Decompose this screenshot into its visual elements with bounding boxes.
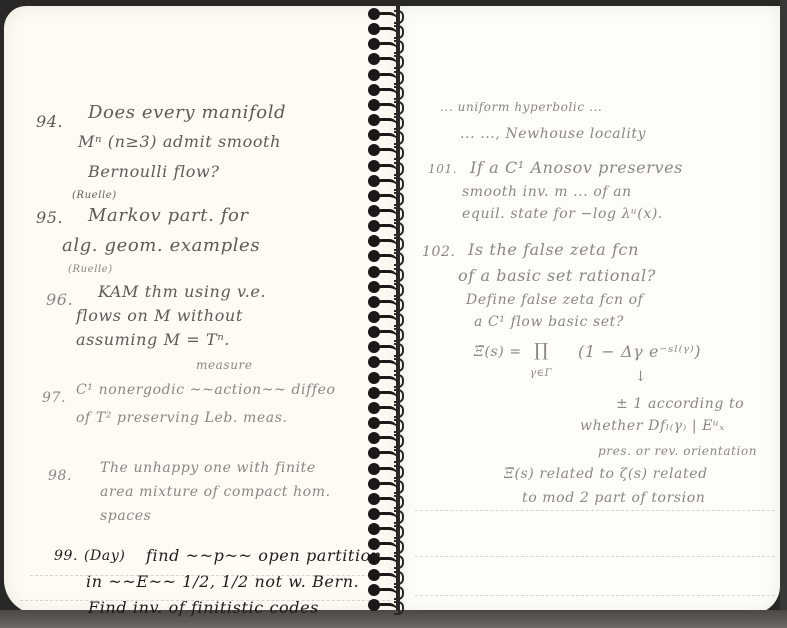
problem-line: equil. state for −log λᵘ(x). — [462, 206, 663, 222]
problem-line: Mⁿ (n≥3) admit smooth — [78, 132, 281, 151]
spiral-coil — [368, 309, 408, 325]
problem-line: Does every manifold — [88, 102, 286, 123]
problem-line: in ~~E~~ 1/2, 1/2 not w. Bern. — [86, 572, 359, 591]
problem-number: 97. — [42, 390, 66, 406]
problem-number: 94. — [36, 112, 63, 131]
formula-product-subscript: γ∈Γ — [530, 368, 552, 379]
spiral-coil — [368, 173, 408, 189]
formula-body: (1 − Δγ e⁻ˢˡ⁽ᵞ⁾) — [578, 342, 701, 361]
spiral-coil — [368, 536, 408, 552]
spiral-coil — [368, 400, 408, 416]
spiral-coil — [368, 67, 408, 83]
spiral-coil — [368, 430, 408, 446]
problem-line: of T² preserving Leb. meas. — [76, 410, 288, 426]
spiral-coil — [368, 233, 408, 249]
spiral-coil — [368, 51, 408, 67]
page-fragment: ... uniform hyperbolic ... — [440, 100, 602, 114]
ruled-line — [415, 595, 775, 596]
problem-number: 98. — [48, 468, 72, 484]
problem-number: 101. — [428, 162, 457, 176]
spiral-coil — [368, 370, 408, 386]
spiral-coil — [368, 188, 408, 204]
right-notebook-page — [400, 6, 780, 614]
ruled-line — [415, 556, 775, 557]
arrow-down-icon: → — [632, 370, 648, 382]
problem-number: 99. — [54, 548, 78, 564]
problem-line: assuming M = Tⁿ. — [76, 330, 230, 349]
spiral-coil — [368, 82, 408, 98]
spiral-coil — [368, 203, 408, 219]
problem-line: find ~~p~~ open partition — [146, 546, 382, 565]
spiral-coil — [368, 21, 408, 37]
problem-line: If a C¹ Anosov preserves — [470, 158, 683, 177]
spiral-coil — [368, 582, 408, 598]
page-fragment: ... ..., Newhouse locality — [460, 126, 646, 142]
formula-note: pres. or rev. orientation — [598, 444, 757, 458]
spiral-coil — [368, 551, 408, 567]
spiral-coil — [368, 461, 408, 477]
problem-credit: (Day) — [84, 548, 125, 564]
spiral-coil — [368, 491, 408, 507]
problem-number: 95. — [36, 208, 63, 227]
spiral-coil — [368, 385, 408, 401]
insertion-note: measure — [196, 358, 253, 372]
formula-note: Ξ̃(s) related to ζ(s) related — [504, 466, 708, 482]
problem-line: alg. geom. examples — [62, 235, 260, 256]
spiral-coil — [368, 97, 408, 113]
formula-note: whether Dfₗ₍γ₎ | Eᵘₓ — [580, 418, 725, 434]
spiral-coil — [368, 127, 408, 143]
spiral-coil — [368, 294, 408, 310]
coil-hook — [394, 601, 404, 615]
spiral-coil — [368, 6, 408, 22]
spiral-coil — [368, 324, 408, 340]
spiral-coil — [368, 279, 408, 295]
problem-line: Bernoulli flow? — [88, 162, 220, 181]
spiral-coil — [368, 158, 408, 174]
problem-line: smooth inv. m ... of an — [462, 184, 632, 200]
problem-line: KAM thm using v.e. — [98, 282, 266, 301]
problem-number: 102. — [422, 244, 456, 260]
spiral-coil — [368, 218, 408, 234]
problem-line: flows on M without — [76, 306, 243, 325]
spiral-coil — [368, 415, 408, 431]
spiral-coil — [368, 264, 408, 280]
spiral-coil — [368, 36, 408, 52]
problem-line: area mixture of compact hom. — [100, 484, 331, 500]
problem-line: Markov part. for — [88, 205, 249, 226]
formula-note: ± 1 according to — [616, 396, 744, 412]
formula-lhs: Ξ̃(s) = — [474, 344, 522, 360]
spiral-coil — [368, 567, 408, 583]
problem-line: C¹ nonergodic ~~action~~ diffeo — [76, 382, 336, 398]
formula-note: to mod 2 part of torsion — [522, 490, 705, 506]
problem-number: 96. — [46, 290, 73, 309]
spiral-coil — [368, 597, 408, 613]
problem-line: Define false zeta fcn of — [466, 292, 643, 308]
problem-line: Find inv. of finitistic codes — [88, 598, 319, 617]
spiral-coil — [368, 339, 408, 355]
problem-credit: (Ruelle) — [72, 190, 117, 201]
problem-credit: (Ruelle) — [68, 264, 113, 275]
spiral-coil — [368, 248, 408, 264]
spiral-coil — [368, 445, 408, 461]
ruled-line — [415, 510, 775, 511]
photo-edge — [780, 0, 787, 628]
problem-line: a C¹ flow basic set? — [474, 314, 624, 330]
spiral-coil — [368, 142, 408, 158]
formula-product-symbol: ∏ — [534, 340, 549, 361]
problem-line: spaces — [100, 508, 151, 524]
problem-line: The unhappy one with finite — [100, 460, 316, 476]
spiral-coil — [368, 506, 408, 522]
spiral-coil — [368, 521, 408, 537]
problem-line: of a basic set rational? — [458, 266, 656, 285]
spiral-coil — [368, 354, 408, 370]
problem-line: Is the false zeta fcn — [468, 240, 639, 259]
spiral-coil — [368, 476, 408, 492]
spiral-binding — [368, 2, 418, 614]
spiral-coil — [368, 112, 408, 128]
